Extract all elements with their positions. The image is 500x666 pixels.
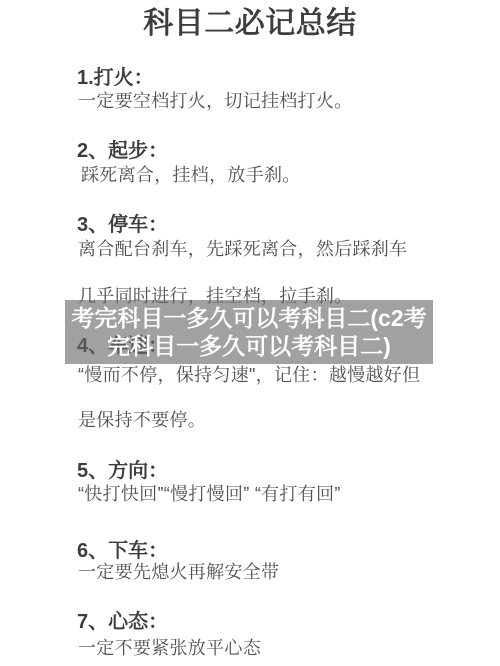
section-5-heading: 5、方向： [77,458,168,484]
section-3-heading: 3、停车： [77,212,168,238]
watermark-line-2: 完科目一多久可以考科目二) [65,332,433,360]
watermark-line-1: 考完科目一多久可以考科目二(c2考 [65,304,433,332]
section-2-heading: 2、起步： [77,138,168,164]
section-6-body-line-1: 一定要先熄火再解安全带 [78,561,279,584]
watermark-overlay: 考完科目一多久可以考科目二(c2考 完科目一多久可以考科目二) [65,300,433,364]
section-1-heading: 1.打火： [77,65,154,91]
section-7-heading: 7、心态： [77,609,168,635]
section-1-body-line-1: 一定要空档打火，切记挂档打火。 [78,90,353,113]
section-3-body-line-1: 离合配台刹车，先踩死离合，然后踩刹车 [78,238,407,261]
section-4-body-line-1: “慢而不停，保持匀速"，记住：越慢越好但 [78,364,420,387]
section-2-body-line-1: 踩死离合，挂档，放手刹。 [81,164,301,187]
section-4-body-line-2: 是保持不要停。 [78,409,206,432]
page-title: 科目二必记总结 [0,4,500,43]
section-7-body-line-1: 一定不要紧张放平心态 [78,637,261,660]
section-5-body-line-1: “快打快回”“慢打慢回” “有打有回” [78,483,341,506]
document-page: 科目二必记总结 1.打火： 一定要空档打火，切记挂档打火。 2、起步： 踩死离合… [0,0,500,666]
